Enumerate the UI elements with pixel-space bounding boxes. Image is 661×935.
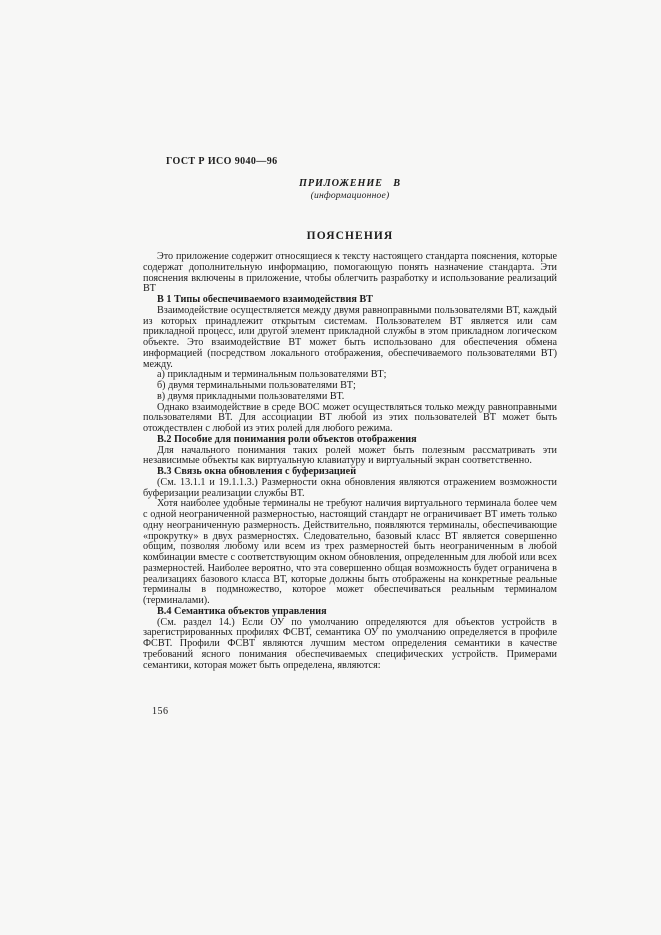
list-item-v: в) двумя прикладными пользователями ВТ. xyxy=(143,392,557,403)
paragraph-roles: Для начального понимания таких ролей мож… xyxy=(143,446,557,468)
appendix-note: (информационное) xyxy=(143,190,557,202)
section-title: Связь окна обновления с буферизацией xyxy=(174,466,356,477)
section-title: Типы обеспечиваемого взаимодействия ВТ xyxy=(174,294,373,305)
paragraph-however: Однако взаимодействие в среде ВОС может … xyxy=(143,403,557,435)
paragraph-intro: Это приложение содержит относящиеся к те… xyxy=(143,252,557,295)
paragraph-terminals: Хотя наиболее удобные терминалы не требу… xyxy=(143,499,557,607)
running-head: ГОСТ Р ИСО 9040—96 xyxy=(166,156,278,167)
section-number: В.4 xyxy=(157,606,171,617)
section-heading-b4: В.4 Семантика объектов управления xyxy=(143,607,557,618)
document-page: ГОСТ Р ИСО 9040—96 ПРИЛОЖЕНИЕ В (информа… xyxy=(0,0,661,935)
section-number: В.2 xyxy=(157,434,171,445)
appendix-header: ПРИЛОЖЕНИЕ В (информационное) xyxy=(143,178,557,201)
section-heading-b2: В.2 Пособие для понимания роли объектов … xyxy=(143,435,557,446)
section-title: Пособие для понимания роли объектов отоб… xyxy=(174,434,417,445)
body-text: Это приложение содержит относящиеся к те… xyxy=(143,252,557,671)
appendix-label: ПРИЛОЖЕНИЕ В xyxy=(143,178,557,190)
paragraph-interaction: Взаимодействие осуществляется между двум… xyxy=(143,306,557,371)
paragraph-semantics: (См. раздел 14.) Если ОУ по умолчанию оп… xyxy=(143,618,557,672)
page-number: 156 xyxy=(152,706,169,717)
page-title: ПОЯСНЕНИЯ xyxy=(143,230,557,242)
paragraph-window-dimensions: (См. 13.1.1 и 19.1.1.3.) Размерности окн… xyxy=(143,478,557,500)
section-title: Семантика объектов управления xyxy=(174,606,327,617)
section-number: В.3 xyxy=(157,466,171,477)
section-number: В 1 xyxy=(157,294,171,305)
